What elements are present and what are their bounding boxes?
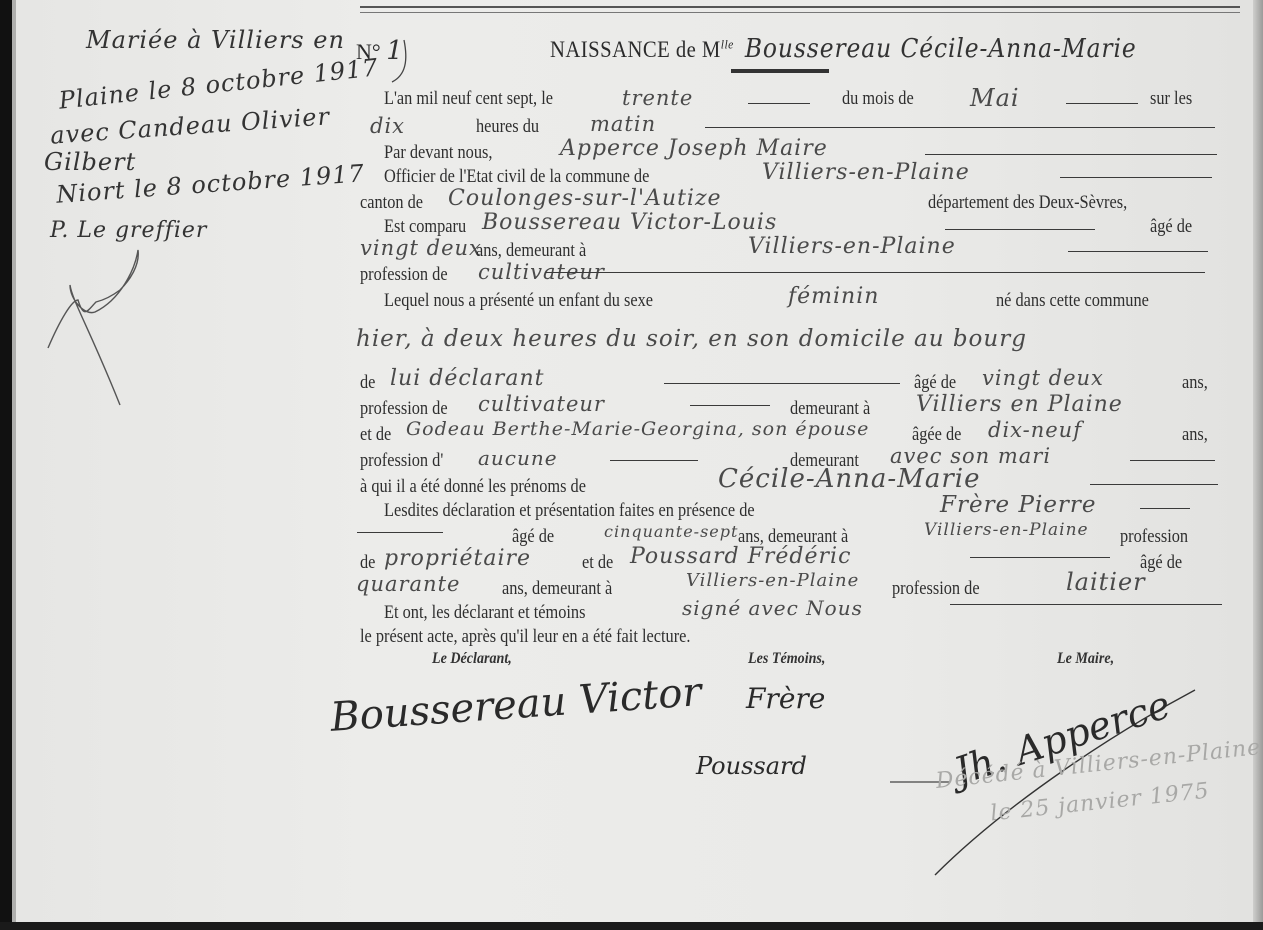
binding-edge [0,0,12,930]
l17-rule [357,532,443,533]
l3-printed: Par devant nous, [384,142,492,164]
title-name: Boussereau Cécile-Anna-Marie [745,34,1137,64]
top-rule-thin [360,12,1240,13]
l18-profession: propriétaire [384,546,531,571]
l19-age: quarante [356,572,460,596]
l7-age: vingt deux [360,236,482,260]
record-title: NAISSANCE de Mlle Boussereau Cécile-Anna… [550,34,1137,64]
l14-rule-2 [1130,460,1215,461]
l1-rule-1 [748,103,810,104]
l11-rule [664,383,900,384]
title-printed: NAISSANCE de M [550,37,721,62]
caption-maire: Le Maire, [1057,650,1114,668]
l12-printed-2: demeurant à [790,398,870,420]
number-value: 1 [386,36,404,66]
l3-rule [925,154,1217,155]
l7-rule [1068,251,1208,252]
l14-printed-1: profession d' [360,450,443,472]
caption-temoins: Les Témoins, [748,650,825,668]
l11-printed-3: ans, [1182,372,1208,394]
l5-canton: Coulonges-sur-l'Autize [448,186,722,211]
l9-printed-2: né dans cette commune [996,290,1149,312]
title-underline [731,69,829,73]
margin-line-6: P. Le greffier [50,218,207,243]
l11-printed-1: de [360,372,375,394]
top-rule [360,6,1240,8]
l8-printed: profession de [360,264,448,286]
l6-rule [945,229,1095,230]
l16-witness-1: Frère Pierre [940,492,1097,518]
l1-printed-1: L'an mil neuf cent sept, le [384,88,553,110]
l19-printed-2: profession de [892,578,980,600]
record-number: N° 1 [356,36,404,66]
l17-printed-3: profession [1120,526,1188,548]
l10-birth-place: hier, à deux heures du soir, en son domi… [356,326,1027,352]
l11-age: vingt deux [982,366,1104,390]
l16-printed: Lesdites déclaration et présentation fai… [384,500,755,522]
l20-rule [950,604,1222,605]
l2-hour: dix [370,114,405,138]
l13-printed-1: et de [360,424,391,446]
l8-rule [545,272,1205,273]
l9-printed-1: Lequel nous a présenté un enfant du sexe [384,290,653,312]
l1-rule-2 [1066,103,1138,104]
binding-shadow [12,0,16,930]
l13-printed-3: ans, [1182,424,1208,446]
l20-printed: Et ont, les déclarant et témoins [384,602,585,624]
title-sup: lle [721,36,734,51]
l12-residence: Villiers en Plaine [916,392,1123,417]
l4-rule [1060,177,1212,178]
l7-residence: Villiers-en-Plaine [748,234,956,259]
page-bottom-edge [0,922,1263,930]
l2-printed: heures du [476,116,539,138]
l18-witness-2: Poussard Frédéric [630,544,851,569]
l20-signed: signé avec Nous [682,596,863,620]
margin-line-4: Gilbert [44,148,136,176]
number-label: N° [356,39,381,64]
l1-month: Mai [970,84,1020,112]
l11-printed-2: âgé de [914,372,956,394]
l4-printed: Officier de l'Etat civil de la commune d… [384,166,649,188]
l17-age: cinquante-sept [604,522,738,541]
margin-line-1: Mariée à Villiers en [86,26,345,54]
l5-printed-2: département des Deux-Sèvres, [928,192,1127,214]
l7-printed: ans, demeurant à [476,240,586,262]
l1-day: trente [622,86,693,110]
l18-printed-1: de [360,552,375,574]
l19-residence: Villiers-en-Plaine [686,570,859,591]
l12-printed-1: profession de [360,398,448,420]
l6-printed-1: Est comparu [384,216,466,238]
l14-profession: aucune [478,446,558,470]
l18-rule [970,557,1110,558]
l13-age: dix-neuf [988,418,1082,442]
page-right-edge [1253,0,1263,930]
l2-period: matin [590,112,656,136]
l4-commune: Villiers-en-Plaine [762,160,970,185]
l1-printed-3: sur les [1150,88,1192,110]
l17-printed-1: âgé de [512,526,554,548]
l17-residence: Villiers-en-Plaine [924,520,1089,540]
caption-declarant: Le Déclarant, [432,650,512,668]
l15-rule [1090,484,1218,485]
l12-profession: cultivateur [478,392,605,416]
l5-printed-1: canton de [360,192,423,214]
l16-rule [1140,508,1190,509]
l9-sex: féminin [788,284,879,309]
l15-given-names: Cécile-Anna-Marie [718,464,980,494]
l11-relation: lui déclarant [390,366,544,391]
signature-temoin-1: Frère [746,682,825,715]
l13-printed-2: âgée de [912,424,961,446]
l13-mother: Godeau Berthe-Marie-Georgina, son épouse [406,418,869,440]
l6-declarant: Boussereau Victor-Louis [482,210,777,235]
l15-printed: à qui il a été donné les prénoms de [360,476,586,498]
signature-temoin-2: Poussard [696,752,807,780]
l21-printed: le présent acte, après qu'il leur en a é… [360,626,690,648]
l18-printed-2: et de [582,552,613,574]
l2-rule [705,127,1215,128]
l18-printed-3: âgé de [1140,552,1182,574]
l19-profession: laitier [1066,568,1146,596]
l19-printed-1: ans, demeurant à [502,578,612,600]
l12-rule [690,405,770,406]
l6-printed-2: âgé de [1150,216,1192,238]
l14-rule-1 [610,460,698,461]
l1-printed-2: du mois de [842,88,914,110]
l3-officer: Apperce Joseph Maire [560,136,828,161]
